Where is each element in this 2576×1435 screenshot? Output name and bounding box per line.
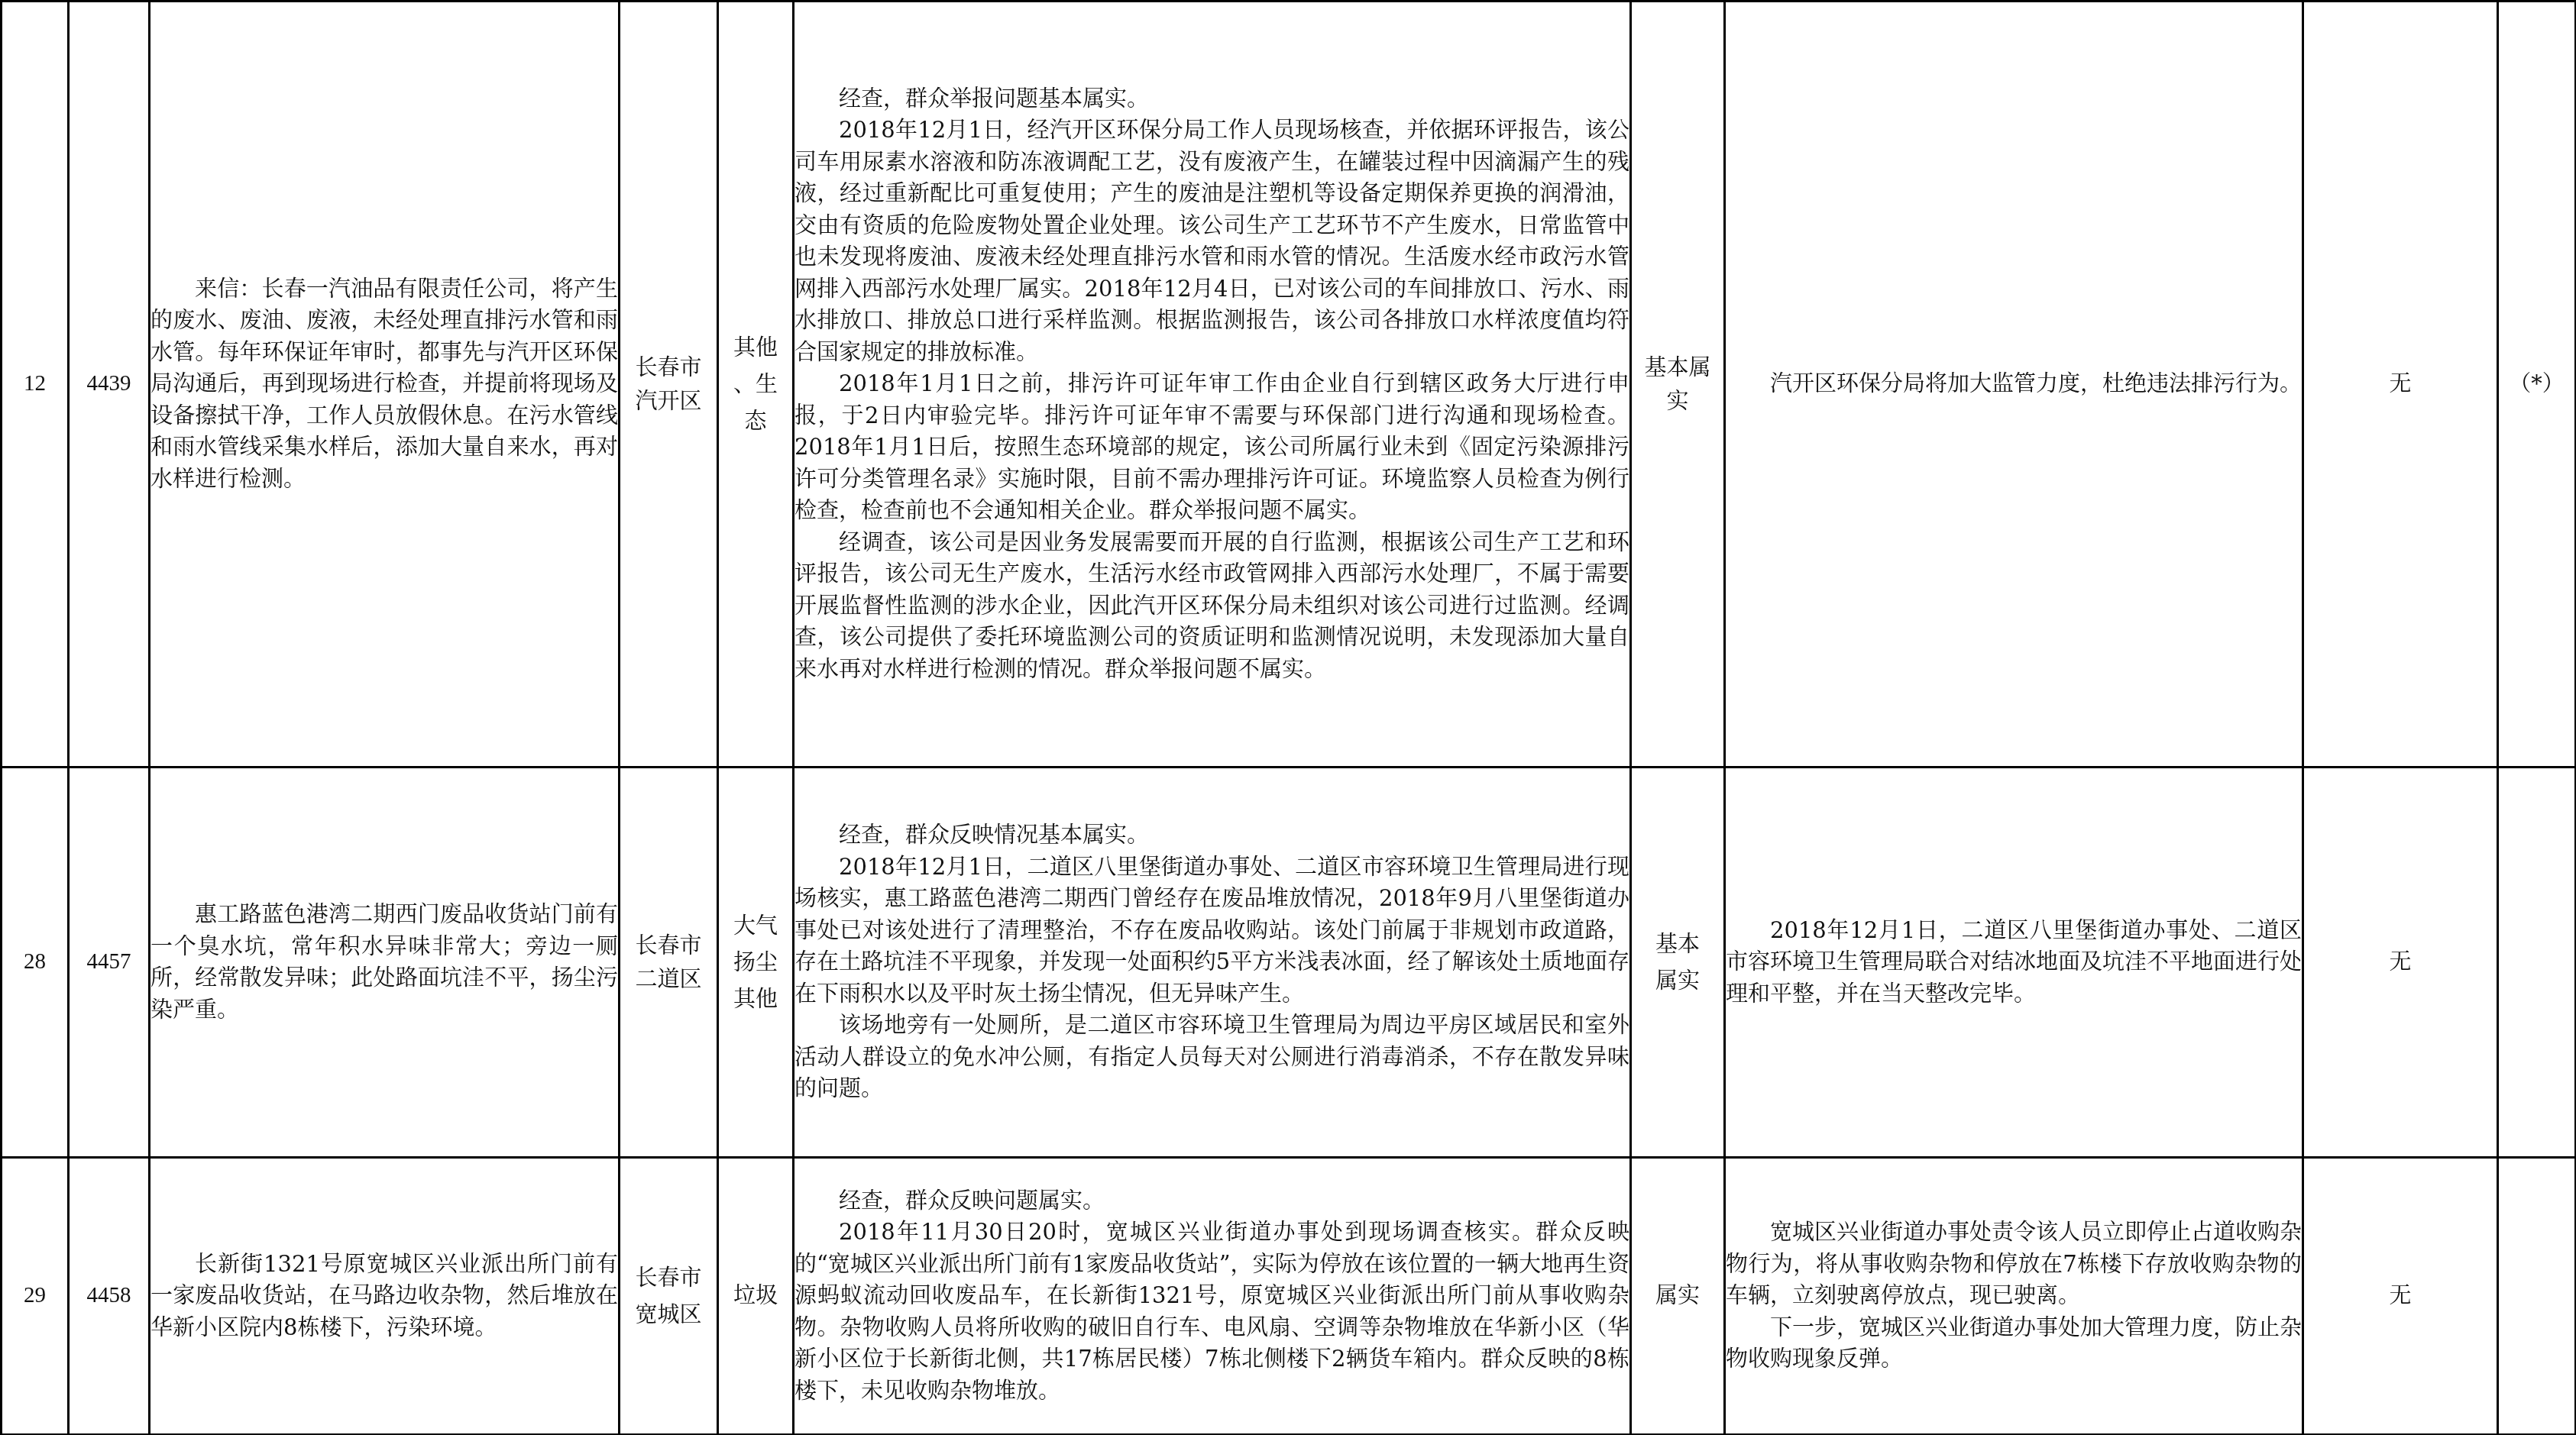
district-cell: 长春市 宽城区 bbox=[620, 1158, 718, 1435]
handling-cell: 宽城区兴业街道办事处责令该人员立即停止占道收购杂物行为，将从事收购杂物和停放在7… bbox=[1725, 1158, 2303, 1435]
category-line: 其他 bbox=[733, 335, 778, 360]
investigation-paragraph: 2018年12月1日，经汽开区环保分局工作人员现场核查，并依据环评报告，该公司车… bbox=[794, 115, 1629, 368]
category-line: 垃圾 bbox=[733, 1282, 778, 1308]
category-line: 、生 bbox=[733, 371, 778, 397]
note-cell: （*） bbox=[2498, 2, 2576, 768]
case-id-cell: 4457 bbox=[69, 768, 150, 1158]
handling-paragraph: 下一步，宽城区兴业街道办事处加大管理力度，防止杂物收购现象反弹。 bbox=[1726, 1312, 2302, 1375]
verdict-line: 属实 bbox=[1655, 1282, 1700, 1308]
table-row: 12 4439 来信：长春一汽油品有限责任公司，将产生的废水、废油、废液，未经处… bbox=[2, 2, 2576, 768]
district-cell: 长春市 汽开区 bbox=[620, 2, 718, 768]
accountability-cell: 无 bbox=[2303, 768, 2498, 1158]
verdict-line: 基本属 bbox=[1644, 354, 1710, 380]
complaint-cell: 来信：长春一汽油品有限责任公司，将产生的废水、废油、废液，未经处理直排污水管和雨… bbox=[150, 2, 620, 768]
handling-cell: 2018年12月1日，二道区八里堡街道办事处、二道区市容环境卫生管理局联合对结冰… bbox=[1725, 768, 2303, 1158]
complaint-text: 来信：长春一汽油品有限责任公司，将产生的废水、废油、废液，未经处理直排污水管和雨… bbox=[150, 273, 618, 496]
district-line: 二道区 bbox=[635, 966, 701, 992]
investigation-cell: 经查，群众举报问题基本属实。 2018年12月1日，经汽开区环保分局工作人员现场… bbox=[794, 2, 1631, 768]
investigation-paragraph: 经调查，该公司是因业务发展需要而开展的自行监测，根据该公司生产工艺和环评报告，该… bbox=[794, 527, 1629, 686]
category-line: 扬尘 bbox=[733, 949, 778, 975]
investigation-paragraph: 经查，群众反映问题属实。 bbox=[794, 1185, 1629, 1217]
district-line: 汽开区 bbox=[635, 388, 701, 414]
category-cell: 其他 、生 态 bbox=[718, 2, 794, 768]
investigation-cell: 经查，群众反映问题属实。 2018年11月30日20时，宽城区兴业街道办事处到现… bbox=[794, 1158, 1631, 1435]
district-line: 长春市 bbox=[635, 354, 701, 380]
handling-paragraph: 2018年12月1日，二道区八里堡街道办事处、二道区市容环境卫生管理局联合对结冰… bbox=[1726, 915, 2302, 1010]
complaint-handling-table: 12 4439 来信：长春一汽油品有限责任公司，将产生的废水、废油、废液，未经处… bbox=[0, 0, 2576, 1435]
investigation-paragraph: 2018年12月1日，二道区八里堡街道办事处、二道区市容环境卫生管理局进行现场核… bbox=[794, 852, 1629, 1010]
complaint-text: 惠工路蓝色港湾二期西门废品收货站门前有一个臭水坑，常年积水异味非常大；旁边一厕所… bbox=[150, 899, 618, 1026]
verdict-line: 属实 bbox=[1655, 968, 1700, 994]
category-line: 态 bbox=[744, 408, 766, 434]
verdict-cell: 基本属 实 bbox=[1631, 2, 1725, 768]
handling-paragraph: 汽开区环保分局将加大监管力度，杜绝违法排污行为。 bbox=[1726, 368, 2302, 400]
category-line: 其他 bbox=[733, 986, 778, 1012]
complaint-text: 长新街1321号原宽城区兴业派出所门前有一家废品收货站，在马路边收杂物，然后堆放… bbox=[150, 1249, 618, 1344]
case-id-cell: 4439 bbox=[69, 2, 150, 768]
accountability-cell: 无 bbox=[2303, 2, 2498, 768]
note-cell bbox=[2498, 1158, 2576, 1435]
handling-cell: 汽开区环保分局将加大监管力度，杜绝违法排污行为。 bbox=[1725, 2, 2303, 768]
district-cell: 长春市 二道区 bbox=[620, 768, 718, 1158]
seq-cell: 28 bbox=[2, 768, 69, 1158]
district-line: 长春市 bbox=[635, 1265, 701, 1291]
seq-cell: 12 bbox=[2, 2, 69, 768]
district-line: 长春市 bbox=[635, 932, 701, 958]
investigation-paragraph: 2018年1月1日之前，排污许可证年审工作由企业自行到辖区政务大厅进行申报，于2… bbox=[794, 368, 1629, 527]
investigation-paragraph: 该场地旁有一处厕所，是二道区市容环境卫生管理局为周边平房区域居民和室外活动人群设… bbox=[794, 1010, 1629, 1105]
complaint-cell: 惠工路蓝色港湾二期西门废品收货站门前有一个臭水坑，常年积水异味非常大；旁边一厕所… bbox=[150, 768, 620, 1158]
investigation-paragraph: 经查，群众反映情况基本属实。 bbox=[794, 819, 1629, 852]
investigation-cell: 经查，群众反映情况基本属实。 2018年12月1日，二道区八里堡街道办事处、二道… bbox=[794, 768, 1631, 1158]
seq-cell: 29 bbox=[2, 1158, 69, 1435]
case-id-cell: 4458 bbox=[69, 1158, 150, 1435]
handling-paragraph: 宽城区兴业街道办事处责令该人员立即停止占道收购杂物行为，将从事收购杂物和停放在7… bbox=[1726, 1217, 2302, 1312]
verdict-cell: 基本 属实 bbox=[1631, 768, 1725, 1158]
verdict-line: 实 bbox=[1666, 388, 1688, 414]
table-row: 29 4458 长新街1321号原宽城区兴业派出所门前有一家废品收货站，在马路边… bbox=[2, 1158, 2576, 1435]
district-line: 宽城区 bbox=[635, 1301, 701, 1327]
verdict-cell: 属实 bbox=[1631, 1158, 1725, 1435]
investigation-paragraph: 2018年11月30日20时，宽城区兴业街道办事处到现场调查核实。群众反映的“宽… bbox=[794, 1217, 1629, 1407]
complaint-cell: 长新街1321号原宽城区兴业派出所门前有一家废品收货站，在马路边收杂物，然后堆放… bbox=[150, 1158, 620, 1435]
category-cell: 大气 扬尘 其他 bbox=[718, 768, 794, 1158]
category-cell: 垃圾 bbox=[718, 1158, 794, 1435]
verdict-line: 基本 bbox=[1655, 931, 1700, 957]
table-row: 28 4457 惠工路蓝色港湾二期西门废品收货站门前有一个臭水坑，常年积水异味非… bbox=[2, 768, 2576, 1158]
investigation-paragraph: 经查，群众举报问题基本属实。 bbox=[794, 83, 1629, 115]
accountability-cell: 无 bbox=[2303, 1158, 2498, 1435]
category-line: 大气 bbox=[733, 913, 778, 939]
note-cell bbox=[2498, 768, 2576, 1158]
